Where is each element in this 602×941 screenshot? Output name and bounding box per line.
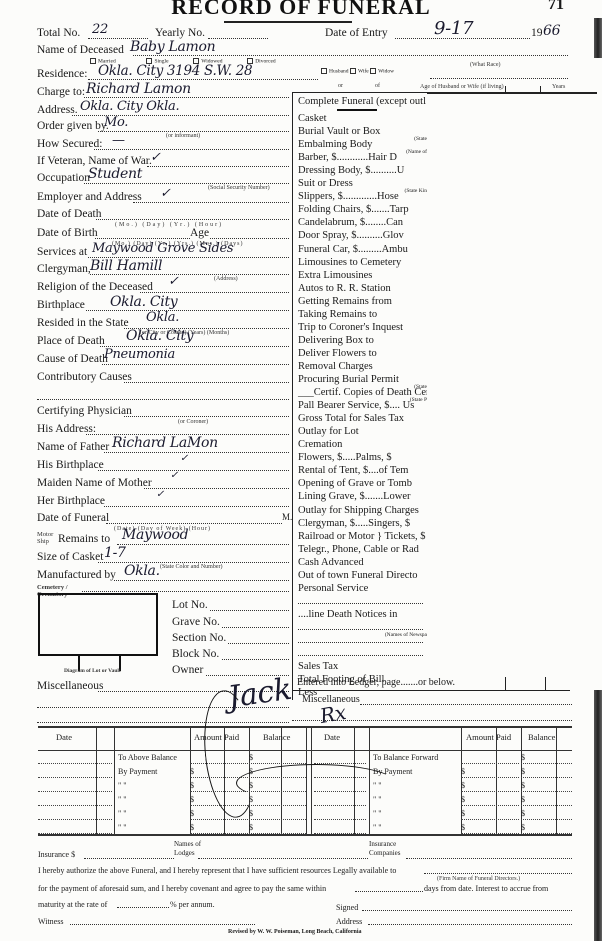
cause-of-death-line (102, 364, 289, 365)
dollar-sign: $ (461, 781, 465, 790)
how-secured-label: How Secured: (37, 138, 102, 150)
scan-edge-top (594, 18, 602, 58)
certifying-physician-label: Certifying Physician (37, 405, 132, 417)
contributory-causes-line[interactable] (124, 382, 289, 383)
residence-value[interactable]: Okla. City 3194 S.W. 28 (98, 63, 252, 79)
certifying-physician-line[interactable] (124, 416, 289, 417)
ledger-balance-cell[interactable] (521, 777, 572, 778)
grave-no-line[interactable] (222, 627, 289, 628)
ledger-balance-cell[interactable] (521, 819, 572, 820)
ledger-row-label: To Balance Forward (373, 753, 438, 762)
cause-of-death-label: Cause of Death (37, 353, 108, 365)
signed-label: Signed (336, 903, 358, 912)
date-of-birth-label: Date of Birth (37, 227, 98, 239)
handwritten-signature-tail: Rx (318, 700, 348, 728)
ledger-date-cell[interactable] (38, 777, 112, 778)
ledger-date-cell[interactable] (314, 833, 366, 834)
manufactured-by-line (114, 580, 289, 581)
dollar-sign: $ (521, 781, 525, 790)
manufactured-by-value[interactable]: Okla. (124, 563, 160, 579)
ledger-row: " "$$ (306, 822, 572, 836)
days-text: days from date. Interest to accrue from (424, 884, 548, 893)
charge-item[interactable]: ....line Death Notices in (298, 609, 397, 620)
ledger-balance-cell[interactable] (249, 805, 306, 806)
ledger-left-balance-header: Balance (263, 732, 290, 742)
date-of-funeral-label: Date of Funeral (37, 512, 109, 524)
diagram-caption: Diagram of Lot or Vault (64, 668, 121, 674)
her-birthplace-line (104, 506, 289, 507)
lodges-top-label: Names of (174, 840, 201, 848)
charge-item[interactable]: Burial Vault or Box (298, 126, 380, 137)
ledger-row-label: By Payment (118, 767, 157, 776)
companies-top-label: Insurance (369, 840, 396, 848)
cause-of-death-value[interactable]: Pneumonia (104, 347, 175, 362)
ledger-row: To Above Balance$ (38, 752, 306, 766)
funeral-meridiem: M. (282, 512, 292, 522)
deceased-name-label: Name of Deceased (37, 44, 124, 56)
charge-item[interactable]: Out of town Funeral Directo (298, 570, 418, 581)
order-given-by-value[interactable]: Mo. (104, 115, 128, 130)
charge-item[interactable]: Autos to R. R. Station (298, 283, 391, 294)
charge-item[interactable] (298, 648, 423, 656)
date-of-entry-value[interactable]: 9-17 (434, 18, 473, 39)
charge-item[interactable]: Railroad or Motor } Tickets, $ (298, 531, 426, 542)
total-no-value[interactable]: 22 (92, 22, 108, 37)
charge-item[interactable]: Deliver Flowers to (298, 348, 377, 359)
title-underline (224, 21, 352, 23)
services-at-value[interactable]: Maywood Grove Sides (92, 241, 233, 256)
dollar-sign: $ (461, 795, 465, 804)
religion-line (140, 292, 289, 293)
ledger-balance-cell[interactable] (249, 833, 306, 834)
dollar-sign: $ (190, 823, 194, 832)
charge-item[interactable]: Sales Tax (298, 661, 338, 672)
charge-item[interactable]: Rental of Tent, $....of Tem (298, 465, 408, 476)
ledger-left-date-header: Date (56, 732, 72, 742)
dollar-sign: $ (190, 795, 194, 804)
authorize-text: I hereby authorize the above Funeral, an… (38, 866, 396, 875)
contributory-causes-label: Contributory Causes (37, 371, 132, 383)
charge-item[interactable]: Procuring Burial Permit (298, 374, 399, 385)
year-prefix: 19 (531, 27, 543, 39)
ledger-row-label: " " (373, 823, 382, 832)
dollar-sign: $ (521, 823, 525, 832)
years-note: Years (552, 84, 565, 90)
how-secured-line (94, 149, 289, 150)
deceased-name-line (133, 55, 568, 56)
charge-item[interactable]: Funeral Car, $.........Ambu (298, 244, 408, 255)
casket-size-label: Size of Casket (37, 551, 103, 563)
dollar-sign: $ (461, 823, 465, 832)
charge-item[interactable]: Extra Limousines (298, 270, 372, 281)
clergyman-value[interactable]: Bill Hamill (90, 258, 162, 274)
ledger-date-cell[interactable] (314, 805, 366, 806)
charge-item[interactable]: Door Spray, $..........Glov (298, 230, 404, 241)
mother-maiden-name-value[interactable]: ✓ (170, 470, 178, 481)
charge-to-label: Charge to: (37, 86, 85, 98)
year-value[interactable]: 66 (543, 23, 560, 39)
insurance-line[interactable] (84, 858, 174, 859)
signed-line[interactable] (362, 910, 572, 911)
place-of-death-label: Place of Death (37, 335, 105, 347)
charge-to-value[interactable]: Richard Lamon (86, 81, 191, 97)
residence-label: Residence: (37, 68, 87, 80)
charge-item[interactable]: Personal Service (298, 583, 368, 594)
his-birthplace-line (98, 470, 289, 471)
ledger-balance-cell[interactable] (249, 819, 306, 820)
rate-line[interactable] (117, 907, 169, 908)
her-birthplace-label: Her Birthplace (37, 495, 105, 507)
percent-text: % per annum. (170, 900, 215, 909)
her-birthplace-value[interactable]: ✓ (156, 489, 164, 500)
ledger-amount-cell[interactable] (461, 777, 519, 778)
witness-label: Witness (38, 917, 63, 926)
widow-checkbox[interactable] (370, 68, 376, 74)
veteran-line (147, 166, 289, 167)
charge-item[interactable]: Trip to Coroner's Inquest (298, 322, 403, 333)
panel-top-rule (427, 92, 597, 94)
ledger-row: To Balance Forward$ (306, 752, 572, 766)
charge-item[interactable]: Telegr., Phone, Cable or Rad (298, 544, 419, 555)
clergyman-label: Clergyman, (37, 263, 91, 275)
ledger-date-cell[interactable] (38, 763, 112, 764)
ledger-right-amount-header: Amount Paid (466, 732, 511, 742)
ledger-balance-cell[interactable] (521, 833, 572, 834)
spouse-of: of (375, 83, 380, 89)
age-line[interactable] (210, 238, 289, 239)
panel-heading: Complete Funeral (except outl (298, 96, 426, 107)
father-name-label: Name of Father (37, 441, 109, 453)
ledger-amount-cell[interactable] (461, 763, 519, 764)
ledger-amount-cell[interactable] (461, 819, 519, 820)
manufactured-by-label: Manufactured by (37, 569, 116, 581)
charge-item-note: (Name of (406, 149, 427, 155)
charge-item[interactable]: Outlay for Lot (298, 426, 359, 437)
mother-maiden-name-line (144, 488, 289, 489)
signature-stroke-curve (236, 764, 396, 802)
owner-label: Owner (172, 664, 203, 676)
dollar-sign: $ (249, 809, 253, 818)
father-name-line (104, 452, 289, 453)
dollar-sign: $ (190, 767, 194, 776)
employer-label: Employer and Address (37, 191, 142, 203)
clergyman-line (90, 274, 289, 275)
charge-item[interactable]: Suit or Dress (298, 178, 353, 189)
ledger-row-label: " " (373, 795, 382, 804)
age-spouse-note: Age of Husband or Wife (if living) (420, 84, 504, 90)
ledger-header-rule (38, 750, 306, 751)
ledger-row-label: " " (373, 809, 382, 818)
ledger-row-label: " " (118, 809, 127, 818)
order-given-by-line (98, 131, 289, 132)
spouse-options: Husband Wife Widow (321, 68, 394, 74)
spouse-line[interactable] (430, 78, 568, 79)
birthplace-value[interactable]: Okla. City (110, 294, 177, 310)
charge-item[interactable]: Delivering Box to (298, 335, 374, 346)
section-no-label: Section No. (172, 632, 226, 644)
dollar-sign: $ (190, 809, 194, 818)
charge-item[interactable] (298, 635, 423, 643)
charge-item[interactable]: Slippers, $.............Hose (298, 191, 399, 202)
ledger-row-label: " " (118, 795, 127, 804)
page-title: RECORD OF FUNERAL (0, 0, 602, 20)
yearly-no-label: Yearly No. (155, 27, 205, 39)
date-of-birth-line[interactable] (95, 238, 190, 239)
dollar-sign: $ (521, 809, 525, 818)
charge-to-line (84, 97, 289, 98)
itemized-charges-panel: Complete Funeral (except outl CasketBuri… (292, 92, 427, 700)
miscellaneous-line-3[interactable] (37, 722, 289, 723)
dollar-sign: $ (521, 753, 525, 762)
address-value[interactable]: Okla. City Okla. (80, 99, 179, 114)
motor-ship-label: Motor Ship (37, 531, 57, 545)
charge-item[interactable]: ___Certif. Copies of Death Cer (298, 387, 427, 398)
yearly-no-line[interactable] (208, 38, 268, 39)
entered-ledger-text: Entered into Ledger, page.......or below… (297, 677, 455, 688)
ledger-entry-rule (292, 690, 570, 691)
panel-miscellaneous-line[interactable] (360, 704, 572, 705)
charge-item[interactable] (298, 596, 423, 604)
date-of-funeral-line[interactable] (106, 523, 282, 524)
husband-checkbox[interactable] (321, 68, 327, 74)
charge-item[interactable]: Flowers, $.....Palms, $ (298, 452, 392, 463)
charge-item[interactable]: Gross Total for Sales Tax (298, 413, 404, 424)
maturity-text: maturity at the rate of (38, 900, 107, 909)
birthplace-label: Birthplace (37, 299, 85, 311)
coroner-note: (or Coroner) (178, 419, 208, 425)
veteran-value[interactable]: ✓ (150, 150, 161, 165)
panel-tick-1 (505, 86, 506, 94)
ledger-row: " "$$ (306, 808, 572, 822)
ledger-date-cell[interactable] (38, 805, 112, 806)
companies-label: Companies (369, 849, 401, 857)
funeral-record-page: RECORD OF FUNERAL 71 Total No. 22 Yearly… (0, 0, 602, 941)
charge-item[interactable]: Candelabrum, $........Can (298, 217, 403, 228)
lot-no-line[interactable] (210, 610, 289, 611)
charge-item[interactable]: Removal Charges (298, 361, 373, 372)
age-label: Age (190, 227, 209, 239)
ledger-row: " "$$ (38, 808, 306, 822)
dollar-sign: $ (521, 767, 525, 776)
panel-tick-2 (540, 86, 541, 94)
ledger-row-label: " " (118, 823, 127, 832)
grave-no-label: Grave No. (172, 616, 220, 628)
employer-value[interactable]: ✓ (160, 186, 171, 201)
ledger-date-cell[interactable] (38, 791, 112, 792)
ledger-tick-2 (545, 677, 546, 690)
ledger-date-cell[interactable] (38, 819, 112, 820)
charge-item[interactable]: Clergyman, $.....Singers, $ (298, 518, 410, 529)
ledger-tick-1 (505, 677, 506, 690)
charge-item[interactable]: Cash Advanced (298, 557, 364, 568)
ledger-right-date-header: Date (324, 732, 340, 742)
address-label-footer: Address (336, 917, 362, 926)
charge-item-note: (State (414, 136, 427, 142)
ledger-balance-cell[interactable] (521, 791, 572, 792)
ledger-row-label: To Above Balance (118, 753, 177, 762)
race-note: (What Race) (470, 62, 500, 68)
employer-line (133, 202, 289, 203)
ledger-row-label: " " (118, 781, 127, 790)
revised-credit: Revised by W. W. Poiseman, Long Beach, C… (228, 929, 362, 935)
married-checkbox[interactable] (90, 58, 96, 64)
total-no-label: Total No. (37, 27, 80, 39)
ledger-amount-cell[interactable] (461, 791, 519, 792)
his-birthplace-label: His Birthplace (37, 459, 104, 471)
miscellaneous-label: Miscellaneous (37, 680, 103, 692)
wife-checkbox[interactable] (350, 68, 356, 74)
remains-to-line (117, 544, 289, 545)
remains-to-label: Remains to (58, 533, 110, 545)
charge-item[interactable]: Pall Bearer Service, $.... Us (298, 400, 414, 411)
cemetery-line[interactable] (82, 591, 289, 592)
charge-item[interactable] (298, 622, 423, 630)
services-at-label: Services at (37, 246, 87, 258)
informant-note: (or informant) (166, 133, 200, 139)
ledger-right-balance-header: Balance (528, 732, 555, 742)
casket-note: (State Color and Number) (160, 564, 222, 570)
date-of-death-label: Date of Death (37, 208, 102, 220)
charge-item[interactable]: Taking Remains to (298, 309, 377, 320)
lodges-line[interactable] (198, 858, 368, 859)
dollar-sign: $ (521, 795, 525, 804)
charge-item-note: (State Kin (405, 188, 427, 194)
charge-item[interactable]: Lining Grave, $.......Lower (298, 491, 411, 502)
how-secured-value[interactable]: — (112, 133, 125, 148)
charge-item[interactable]: Opening of Grave or Tomb (298, 478, 412, 489)
resided-state-value[interactable]: Okla. (146, 310, 179, 325)
ledger-date-cell[interactable] (38, 833, 112, 834)
contributory-causes-line-2[interactable] (37, 399, 289, 400)
his-birthplace-value[interactable]: ✓ (180, 453, 188, 464)
charge-item[interactable]: Limousines to Cemetery (298, 257, 401, 268)
firm-note: (Firm Name of Funeral Directors.) (437, 876, 520, 882)
charge-item[interactable]: Outlay for Shipping Charges (298, 505, 419, 516)
religion-value[interactable]: ✓ (168, 274, 179, 289)
charge-item[interactable]: Barber, $............Hair D (298, 152, 397, 163)
birthplace-line (86, 310, 289, 311)
occupation-line (84, 183, 289, 184)
dollar-sign: $ (461, 767, 465, 776)
ledger-balance-cell[interactable] (521, 763, 572, 764)
clergyman-address-note: (Address) (214, 276, 238, 282)
place-of-death-value[interactable]: Okla. City (126, 328, 193, 344)
insurance-label: Insurance $ (38, 850, 75, 859)
days-line[interactable] (355, 891, 423, 892)
lot-diagram-box (38, 593, 158, 656)
panel-heading-underline (337, 109, 377, 111)
ledger-amount-cell[interactable] (461, 833, 519, 834)
ledger-row: " "$$ (38, 822, 306, 836)
ledger-amount-cell[interactable] (190, 833, 248, 834)
witness-address-line[interactable] (368, 924, 572, 925)
ledger-amount-cell[interactable] (461, 805, 519, 806)
charge-item[interactable]: Cremation (298, 439, 342, 450)
date-of-death-line[interactable] (96, 219, 289, 220)
ssn-note: (Social Security Number) (208, 185, 270, 191)
charge-item[interactable]: Getting Remains from (298, 296, 392, 307)
block-no-line[interactable] (222, 659, 289, 660)
religion-label: Religion of the Deceased (37, 281, 153, 293)
charge-item[interactable]: Casket (298, 113, 327, 124)
scan-edge-bottom (594, 690, 602, 941)
charge-item[interactable]: Folding Chairs, $.......Tarp (298, 204, 409, 215)
page-number: 71 (548, 0, 564, 14)
ledger-date-cell[interactable] (314, 819, 366, 820)
covenant-text: for the payment of aforesaid sum, and I … (38, 884, 326, 893)
resided-state-label: Resided in the State (37, 317, 129, 329)
spouse-or: or (338, 83, 343, 89)
firm-name-line[interactable] (424, 873, 572, 874)
charge-item[interactable]: Dressing Body, $..........U (298, 165, 404, 176)
mother-maiden-name-label: Maiden Name of Mother (37, 477, 152, 489)
lot-no-label: Lot No. (172, 599, 208, 611)
ledger-header-rule (306, 750, 572, 751)
residence-line (88, 79, 318, 80)
remains-to-value[interactable]: Maywood (122, 527, 188, 543)
dollar-sign: $ (461, 809, 465, 818)
date-of-entry-label: Date of Entry (325, 27, 388, 39)
companies-line[interactable] (406, 858, 572, 859)
ledger-amount-cell[interactable] (190, 819, 248, 820)
charge-item[interactable]: Embalming Body (298, 139, 372, 150)
deceased-name-value[interactable]: Baby Lamon (130, 39, 215, 55)
occupation-value[interactable]: Student (88, 166, 142, 182)
witness-line[interactable] (70, 924, 255, 925)
casket-size-value[interactable]: 1-7 (104, 545, 126, 561)
block-no-label: Block No. (172, 648, 219, 660)
dollar-sign: $ (249, 823, 253, 832)
lodges-label: Lodges (174, 849, 195, 857)
ledger-balance-cell[interactable] (521, 805, 572, 806)
section-no-line[interactable] (228, 643, 289, 644)
dollar-sign: $ (190, 781, 194, 790)
occupation-label: Occupation (37, 172, 90, 184)
father-name-value[interactable]: Richard LaMon (112, 435, 218, 451)
